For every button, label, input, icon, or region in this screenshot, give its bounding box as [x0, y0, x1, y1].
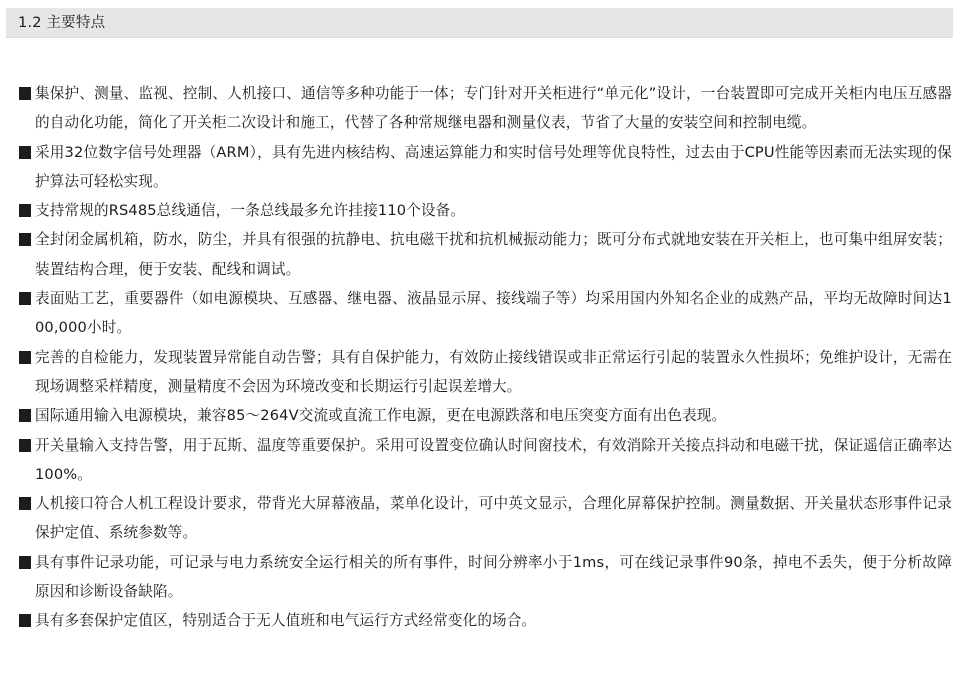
- square-bullet-icon: [19, 614, 31, 627]
- section-title: 1.2 主要特点: [18, 14, 105, 32]
- square-bullet-icon: [19, 439, 31, 452]
- feature-list: 集保护、测量、监视、控制、人机接口、通信等多种功能于一体；专门针对开关柜进行“单…: [18, 79, 958, 636]
- feature-text: 具有事件记录功能，可记录与电力系统安全运行相关的所有事件，时间分辨率小于1ms，…: [35, 548, 958, 607]
- feature-item: 具有事件记录功能，可记录与电力系统安全运行相关的所有事件，时间分辨率小于1ms，…: [18, 548, 958, 607]
- feature-item: 开关量输入支持告警，用于瓦斯、温度等重要保护。采用可设置变位确认时间窗技术，有效…: [18, 431, 958, 490]
- feature-item: 全封闭金属机箱，防水，防尘，并具有很强的抗静电、抗电磁干扰和抗机械振动能力；既可…: [18, 225, 958, 284]
- feature-text: 人机接口符合人机工程设计要求，带背光大屏幕液晶，菜单化设计，可中英文显示，合理化…: [35, 489, 958, 548]
- feature-item: 人机接口符合人机工程设计要求，带背光大屏幕液晶，菜单化设计，可中英文显示，合理化…: [18, 489, 958, 548]
- feature-item: 具有多套保护定值区，特别适合于无人值班和电气运行方式经常变化的场合。: [18, 606, 958, 635]
- square-bullet-icon: [19, 556, 31, 569]
- feature-item: 国际通用输入电源模块，兼容85～264V交流或直流工作电源，更在电源跌落和电压突…: [18, 401, 958, 430]
- square-bullet-icon: [19, 351, 31, 364]
- feature-text: 具有多套保护定值区，特别适合于无人值班和电气运行方式经常变化的场合。: [35, 606, 958, 635]
- feature-text: 表面贴工艺，重要器件（如电源模块、互感器、继电器、液晶显示屏、接线端子等）均采用…: [35, 284, 958, 343]
- feature-item: 采用32位数字信号处理器（ARM），具有先进内核结构、高速运算能力和实时信号处理…: [18, 138, 958, 197]
- feature-text: 国际通用输入电源模块，兼容85～264V交流或直流工作电源，更在电源跌落和电压突…: [35, 401, 958, 430]
- square-bullet-icon: [19, 497, 31, 510]
- feature-text: 采用32位数字信号处理器（ARM），具有先进内核结构、高速运算能力和实时信号处理…: [35, 138, 958, 197]
- square-bullet-icon: [19, 292, 31, 305]
- feature-item: 完善的自检能力，发现装置异常能自动告警；具有自保护能力，有效防止接线错误或非正常…: [18, 343, 958, 402]
- square-bullet-icon: [19, 146, 31, 159]
- feature-text: 完善的自检能力，发现装置异常能自动告警；具有自保护能力，有效防止接线错误或非正常…: [35, 343, 958, 402]
- square-bullet-icon: [19, 409, 31, 422]
- feature-text: 支持常规的RS485总线通信，一条总线最多允许挂接110个设备。: [35, 196, 958, 225]
- square-bullet-icon: [19, 204, 31, 217]
- feature-text: 全封闭金属机箱，防水，防尘，并具有很强的抗静电、抗电磁干扰和抗机械振动能力；既可…: [35, 225, 958, 284]
- square-bullet-icon: [19, 87, 31, 100]
- feature-item: 支持常规的RS485总线通信，一条总线最多允许挂接110个设备。: [18, 196, 958, 225]
- square-bullet-icon: [19, 233, 31, 246]
- feature-text: 集保护、测量、监视、控制、人机接口、通信等多种功能于一体；专门针对开关柜进行“单…: [35, 79, 958, 138]
- feature-item: 表面贴工艺，重要器件（如电源模块、互感器、继电器、液晶显示屏、接线端子等）均采用…: [18, 284, 958, 343]
- section-header: 1.2 主要特点: [6, 8, 953, 38]
- feature-item: 集保护、测量、监视、控制、人机接口、通信等多种功能于一体；专门针对开关柜进行“单…: [18, 79, 958, 138]
- feature-text: 开关量输入支持告警，用于瓦斯、温度等重要保护。采用可设置变位确认时间窗技术，有效…: [35, 431, 958, 490]
